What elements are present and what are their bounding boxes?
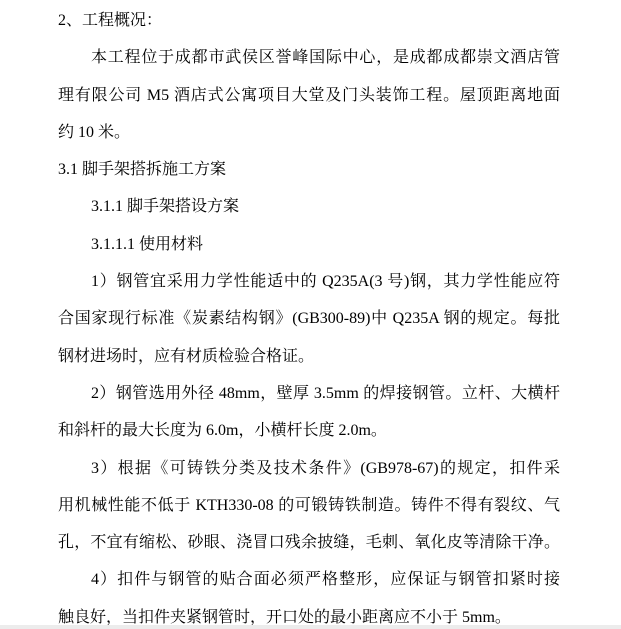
text-line: 约 10 米。 [58,114,560,151]
document-body: 2、工程概况：本工程位于成都市武侯区誉峰国际中心，是成都成都崇文酒店管理有限公司… [58,2,560,629]
text-line: 孔，不宜有缩松、砂眼、浇冒口残余披缝，毛刺、氧化皮等清除干净。 [58,524,560,561]
text-line: 3.1.1 脚手架搭设方案 [58,188,560,225]
bottom-edge [0,625,621,629]
text-line: 用机械性能不低于 KTH330-08 的可锻铸铁制造。铸件不得有裂纹、气 [58,487,560,524]
document-page: 2、工程概况：本工程位于成都市武侯区誉峰国际中心，是成都成都崇文酒店管理有限公司… [0,0,621,629]
text-line: 合国家现行标准《炭素结构钢》(GB300-89)中 Q235A 钢的规定。每批 [58,300,560,337]
text-line: 3）根据《可铸铁分类及技术条件》(GB978-67)的规定，扣件采 [58,450,560,487]
text-line: 2）钢管选用外径 48mm，壁厚 3.5mm 的焊接钢管。立杆、大横杆 [58,375,560,412]
text-line: 2、工程概况： [58,2,560,39]
text-line: 1）钢管宜采用力学性能适中的 Q235A(3 号)钢，其力学性能应符 [58,263,560,300]
text-line: 钢材进场时，应有材质检验合格证。 [58,338,560,375]
text-line: 理有限公司 M5 酒店式公寓项目大堂及门头装饰工程。屋顶距离地面 [58,77,560,114]
text-line: 4）扣件与钢管的贴合面必须严格整形，应保证与钢管扣紧时接 [58,561,560,598]
text-line: 3.1 脚手架搭拆施工方案 [58,151,560,188]
text-line: 和斜杆的最大长度为 6.0m，小横杆长度 2.0m。 [58,412,560,449]
text-line: 本工程位于成都市武侯区誉峰国际中心，是成都成都崇文酒店管 [58,39,560,76]
text-line: 3.1.1.1 使用材料 [58,226,560,263]
